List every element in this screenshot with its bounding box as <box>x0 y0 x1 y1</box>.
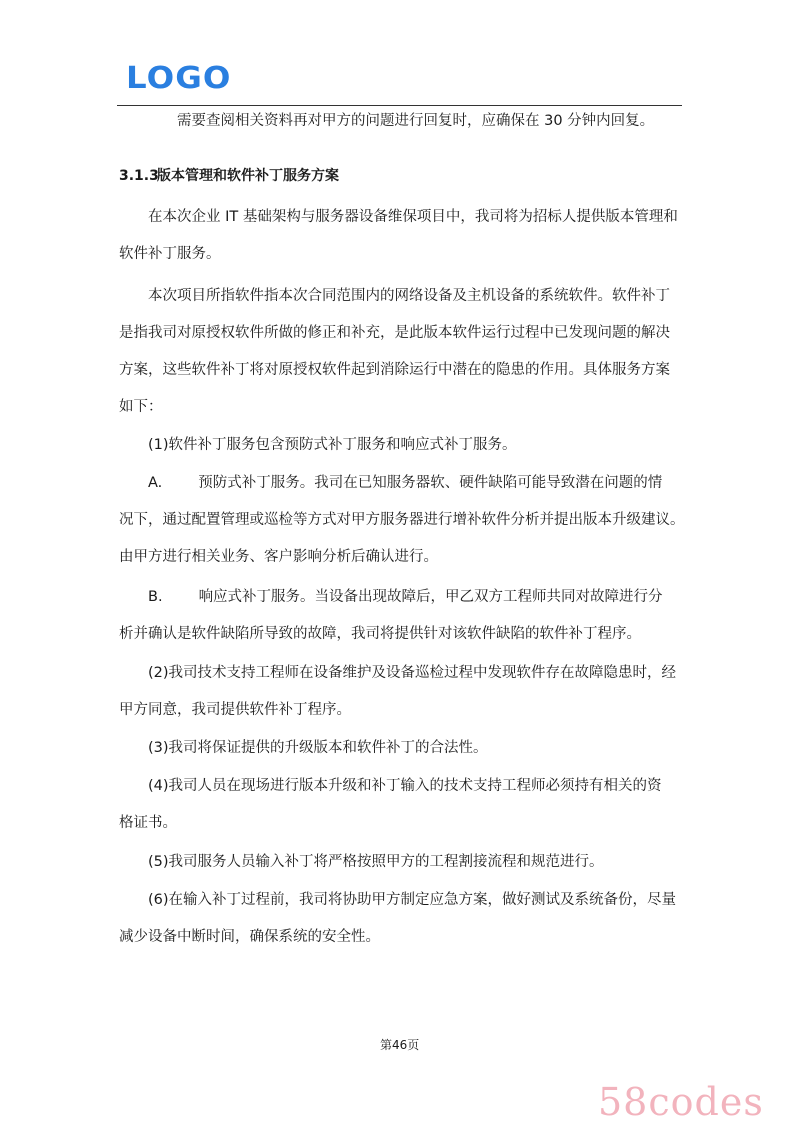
watermark: 58codes <box>598 1080 764 1124</box>
list-item: (5)我司服务人员输入补丁将严格按照甲方的工程割接流程和规范进行。 <box>148 852 604 872</box>
list-item-a: A.预防式补丁服务。我司在已知服务器软、硬件缺陷可能导致潜在问题的情 <box>148 473 662 493</box>
list-item-text: 响应式补丁服务。当设备出现故障后，甲乙双方工程师共同对故障进行分 <box>199 589 663 605</box>
list-item-text: 预防式补丁服务。我司在已知服务器软、硬件缺陷可能导致潜在问题的情 <box>198 475 662 491</box>
section-title: 版本管理和软件补丁服务方案 <box>157 168 339 184</box>
section-heading: 3.1.3版本管理和软件补丁服务方案 <box>119 166 339 186</box>
paragraph-line: 况下，通过配置管理或巡检等方式对甲方服务器进行增补软件分析并提出版本升级建议。 <box>119 510 685 530</box>
header-divider <box>117 105 682 106</box>
list-item: (1)软件补丁服务包含预防式补丁服务和响应式补丁服务。 <box>148 435 517 455</box>
page-number: 第46页 <box>380 1036 419 1053</box>
paragraph-line: 析并确认是软件缺陷所导致的故障，我司将提供针对该软件缺陷的软件补丁程序。 <box>119 624 641 644</box>
marker-a: A. <box>148 475 162 491</box>
paragraph-line: 由甲方进行相关业务、客户影响分析后确认进行。 <box>119 547 438 567</box>
paragraph-line: 本次项目所指软件指本次合同范围内的网络设备及主机设备的系统软件。软件补丁 <box>148 286 670 306</box>
paragraph-line: 格证书。 <box>119 813 177 833</box>
paragraph-line: 如下： <box>119 397 163 417</box>
paragraph-line: 是指我司对原授权软件所做的修正和补充，是此版本软件运行过程中已发现问题的解决 <box>119 323 670 343</box>
logo: LOGO <box>126 62 232 96</box>
paragraph-line: 甲方同意，我司提供软件补丁程序。 <box>119 700 351 720</box>
list-item-b: B.响应式补丁服务。当设备出现故障后，甲乙双方工程师共同对故障进行分 <box>148 587 663 607</box>
list-item: (2)我司技术支持工程师在设备维护及设备巡检过程中发现软件存在故障隐患时，经 <box>148 663 676 683</box>
list-item: (4)我司人员在现场进行版本升级和补丁输入的技术支持工程师必须持有相关的资 <box>148 776 662 796</box>
paragraph-line: 方案，这些软件补丁将对原授权软件起到消除运行中潜在的隐患的作用。具体服务方案 <box>119 360 670 380</box>
paragraph-line: 软件补丁服务。 <box>119 244 221 264</box>
section-number: 3.1.3 <box>119 166 157 186</box>
continuation-text: 需要查阅相关资料再对甲方的问题进行回复时，应确保在 30 分钟内回复。 <box>177 111 654 131</box>
paragraph-line: 在本次企业 IT 基础架构与服务器设备维保项目中，我司将为招标人提供版本管理和 <box>148 207 678 227</box>
list-item: (6)在输入补丁过程前，我司将协助甲方制定应急方案，做好测试及系统备份，尽量 <box>148 890 676 910</box>
marker-b: B. <box>148 589 163 605</box>
list-item: (3)我司将保证提供的升级版本和软件补丁的合法性。 <box>148 738 488 758</box>
paragraph-line: 减少设备中断时间，确保系统的安全性。 <box>119 927 380 947</box>
